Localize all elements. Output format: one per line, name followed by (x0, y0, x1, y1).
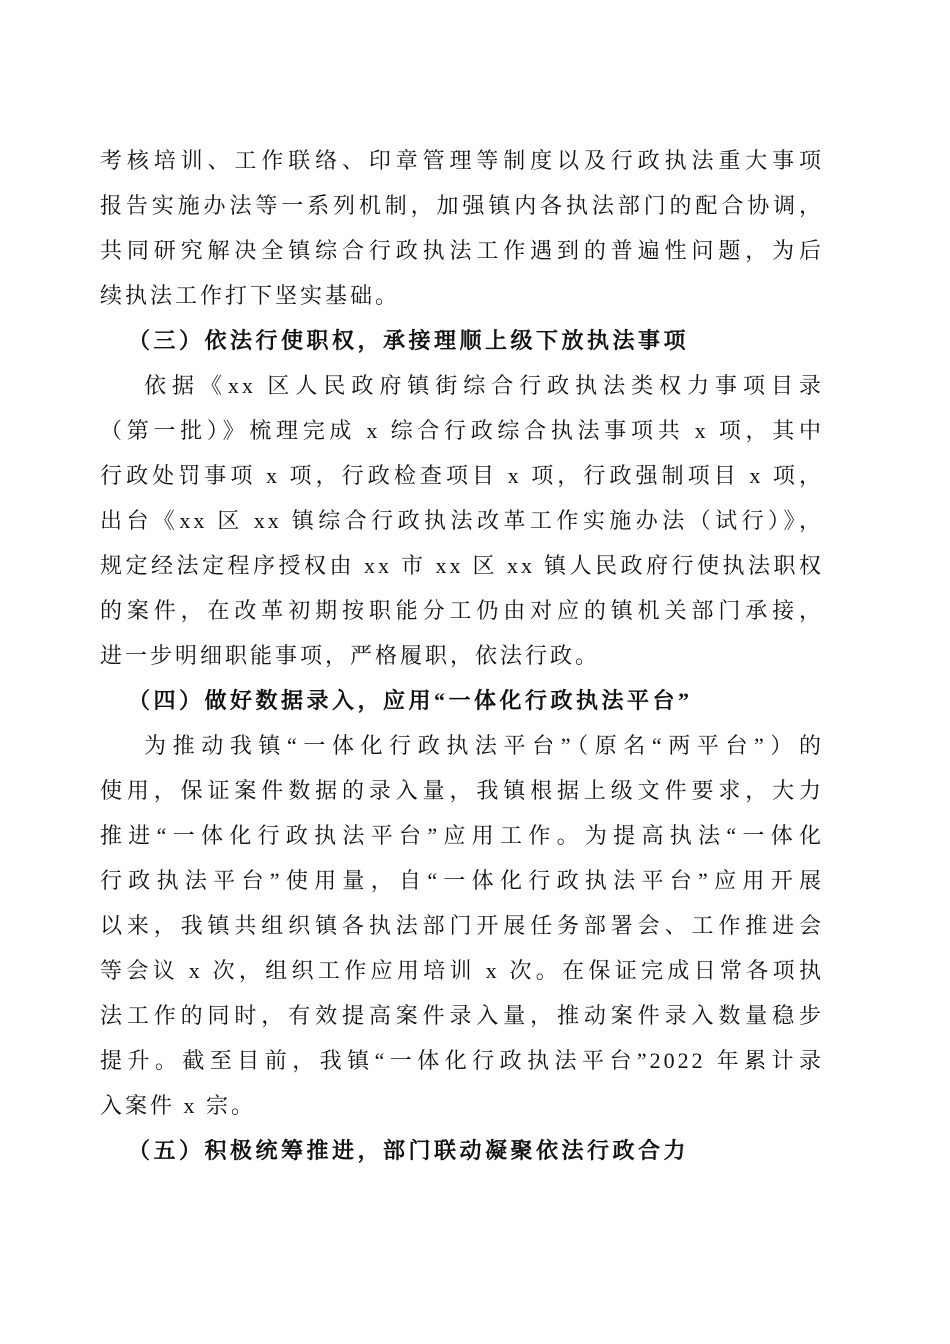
section-heading: （三）依法行使职权，承接理顺上级下放执法事项 (100, 318, 824, 363)
text-line: 推进“一体化行政执法平台”应用工作。为提高执法“一体化 (100, 813, 824, 858)
paragraph: 依据《xx 区人民政府镇街综合行政执法类权力事项目录 （第一批）》梳理完成 x … (100, 363, 824, 678)
text-line: 使用，保证案件数据的录入量，我镇根据上级文件要求，大力 (100, 768, 824, 813)
text-line: 规定经法定程序授权由 xx 市 xx 区 xx 镇人民政府行使执法职权 (100, 543, 824, 588)
text-line: 续执法工作打下坚实基础。 (100, 273, 824, 318)
text-line: 依据《xx 区人民政府镇街综合行政执法类权力事项目录 (100, 363, 824, 408)
text-line: 法工作的同时，有效提高案件录入量，推动案件录入数量稳步 (100, 993, 824, 1038)
section-heading: （五）积极统筹推进，部门联动凝聚依法行政合力 (100, 1128, 824, 1173)
text-line: 的案件，在改革初期按职能分工仍由对应的镇机关部门承接， (100, 588, 824, 633)
text-line: 行政执法平台”使用量，自“一体化行政执法平台”应用开展 (100, 858, 824, 903)
text-line: 出台《xx 区 xx 镇综合行政执法改革工作实施办法（试行）》， (100, 498, 824, 543)
text-line: 行政处罚事项 x 项，行政检查项目 x 项，行政强制项目 x 项， (100, 453, 824, 498)
text-line: 进一步明细职能事项，严格履职，依法行政。 (100, 633, 824, 678)
text-line: 为推动我镇“一体化行政执法平台”（原名“两平台”）的 (100, 723, 824, 768)
text-line: 提升。截至目前，我镇“一体化行政执法平台”2022 年累计录 (100, 1038, 824, 1083)
text-line: 共同研究解决全镇综合行政执法工作遇到的普遍性问题，为后 (100, 228, 824, 273)
text-line: 考核培训、工作联络、印章管理等制度以及行政执法重大事项 (100, 138, 824, 183)
paragraph: 为推动我镇“一体化行政执法平台”（原名“两平台”）的 使用，保证案件数据的录入量… (100, 723, 824, 1128)
paragraph: 考核培训、工作联络、印章管理等制度以及行政执法重大事项 报告实施办法等一系列机制… (100, 138, 824, 318)
text-line: 入案件 x 宗。 (100, 1083, 824, 1128)
section-heading: （四）做好数据录入，应用“一体化行政执法平台” (100, 678, 824, 723)
document-page: 考核培训、工作联络、印章管理等制度以及行政执法重大事项 报告实施办法等一系列机制… (100, 138, 824, 1173)
text-line: 以来，我镇共组织镇各执法部门开展任务部署会、工作推进会 (100, 903, 824, 948)
text-line: （第一批）》梳理完成 x 综合行政综合执法事项共 x 项，其中 (100, 408, 824, 453)
text-line: 等会议 x 次，组织工作应用培训 x 次。在保证完成日常各项执 (100, 948, 824, 993)
text-line: 报告实施办法等一系列机制，加强镇内各执法部门的配合协调， (100, 183, 824, 228)
